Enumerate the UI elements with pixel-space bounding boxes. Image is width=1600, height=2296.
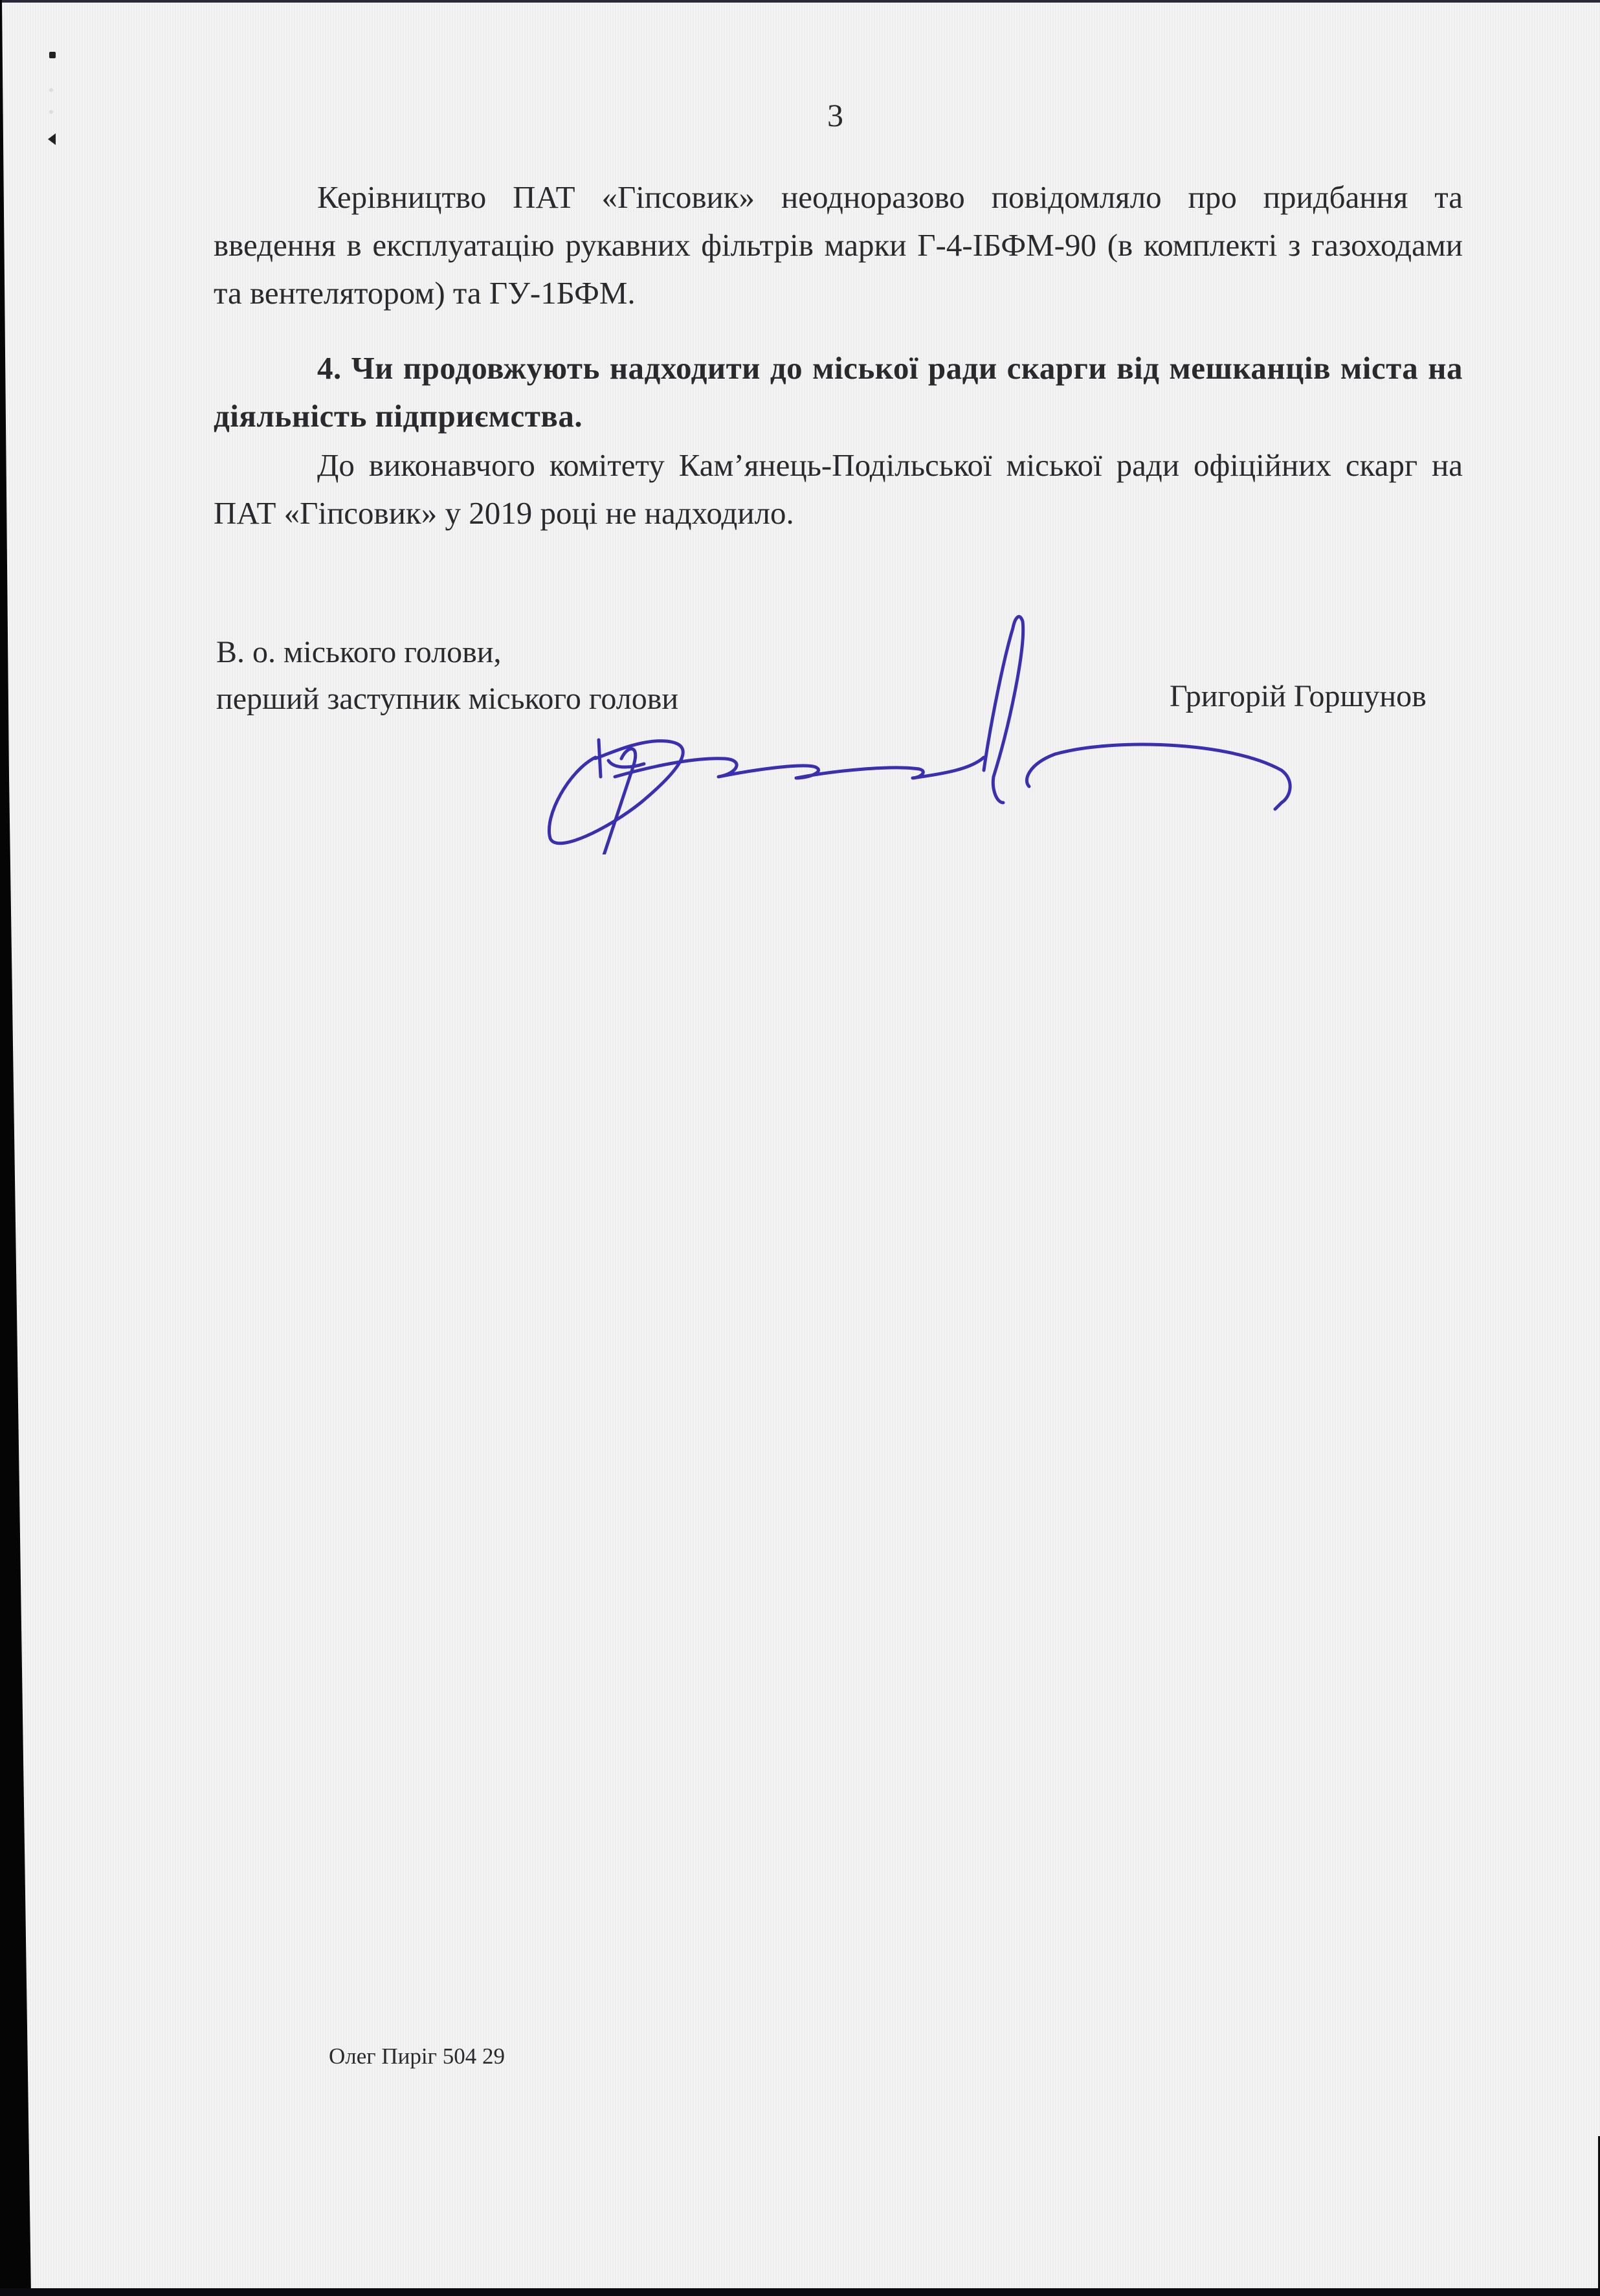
- signatory-name: Григорій Горшунов: [1170, 673, 1427, 720]
- executor-contact: Олег Пиріг 504 29: [329, 2042, 505, 2071]
- punch-dot-icon: [49, 110, 53, 114]
- question-4-heading: 4. Чи продовжують надходити до міської р…: [214, 344, 1463, 440]
- answer-4-text: До виконавчого комітету Кам’янець-Поділь…: [214, 447, 1463, 531]
- scan-edge-bottom: [0, 2288, 1600, 2296]
- answer-4-paragraph: До виконавчого комітету Кам’янець-Поділь…: [214, 441, 1463, 537]
- scan-edge-top: [0, 0, 1600, 3]
- punch-hole-mark-icon: [49, 52, 56, 58]
- punch-arrow-mark-icon: [48, 133, 56, 145]
- signatory-title-line-2: перший заступник міського голови: [216, 676, 678, 722]
- page-number: 3: [827, 96, 843, 135]
- handwritten-signature-icon: [531, 608, 1592, 854]
- paragraph-filters: Керівництво ПАТ «Гіпсовик» неодноразово …: [214, 173, 1463, 317]
- scan-edge-left: [0, 0, 31, 2296]
- document-page: 3 Керівництво ПАТ «Гіпсовик» неодноразов…: [0, 0, 1600, 2296]
- punch-dot-icon: [49, 88, 53, 92]
- question-4-text: 4. Чи продовжують надходити до міської р…: [214, 350, 1463, 434]
- signatory-title: В. о. міського голови, перший заступник …: [216, 629, 678, 722]
- signatory-title-line-1: В. о. міського голови,: [216, 629, 678, 676]
- paragraph-filters-text: Керівництво ПАТ «Гіпсовик» неодноразово …: [214, 179, 1463, 311]
